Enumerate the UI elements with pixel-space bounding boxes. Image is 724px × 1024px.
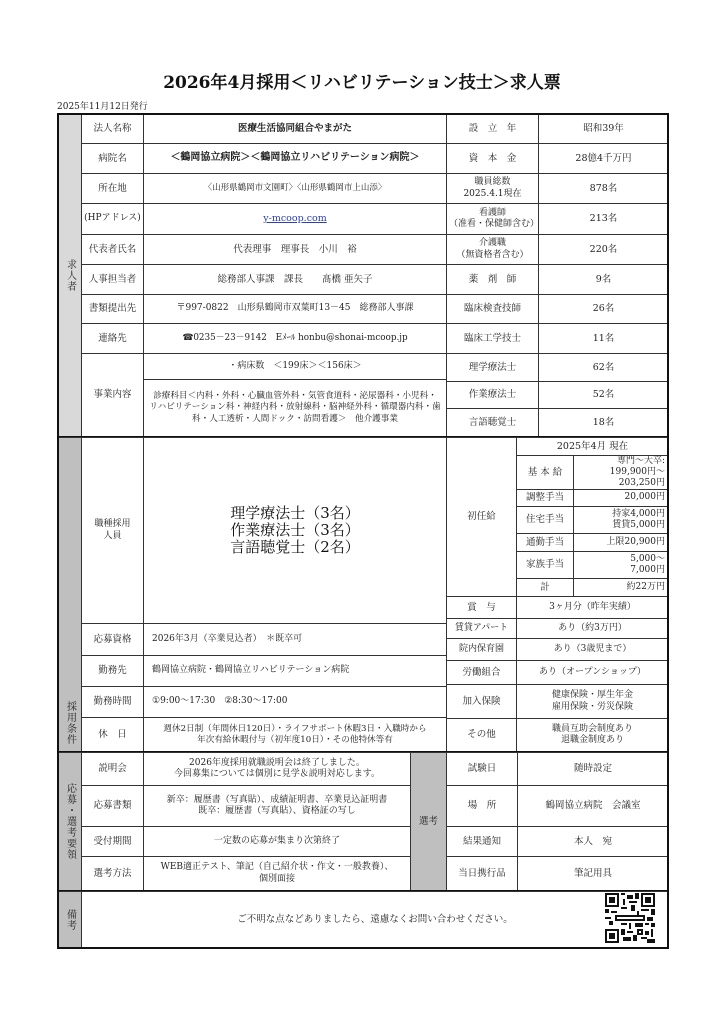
section-application-text: 応募・選考要領 bbox=[64, 783, 76, 860]
stat-value: 220名 bbox=[538, 234, 669, 265]
salary-total-value: 約22万円 bbox=[573, 578, 669, 597]
hours-label: 勤務時間 bbox=[81, 686, 144, 718]
jobs-value: 理学療法士（3名） 作業療法士（3名） 言語聴覚士（2名） bbox=[143, 437, 447, 624]
stat-value: 28億4千万円 bbox=[538, 143, 669, 174]
section-label-application: 応募・選考要領 bbox=[57, 752, 82, 891]
stat-label: 薬 剤 師 bbox=[446, 264, 539, 295]
qualification-label: 応募資格 bbox=[81, 623, 144, 656]
stat-value: 52名 bbox=[538, 381, 669, 409]
exam-date-label: 試験日 bbox=[446, 752, 518, 786]
hp-link[interactable]: y-mcoop.com bbox=[263, 213, 327, 225]
stat-label: 作業療法士 bbox=[446, 381, 539, 409]
workplace-label: 勤務先 bbox=[81, 655, 144, 687]
place-label: 場 所 bbox=[446, 785, 518, 827]
stat-label: 看護師 （准看・保健師含む） bbox=[446, 203, 539, 235]
salary-row-value: 上限20,900円 bbox=[573, 533, 669, 552]
apartment-label: 賃貸アパート bbox=[446, 618, 517, 639]
departments-value: 診療科目＜内科・外科・心臓血管外科・気管食道科・泌尿器科・小児科・リハビリテーシ… bbox=[143, 379, 447, 437]
hours-value: ①9:00～17:30 ②8:30～17:00 bbox=[143, 686, 447, 718]
documents-label: 応募書類 bbox=[81, 785, 144, 827]
salary-row-label: 通勤手当 bbox=[516, 533, 574, 552]
apartment-value: あり（約3万円） bbox=[516, 618, 669, 639]
briefing-value: 2026年度採用就職説明会は終了しました。 今回募集については個別に見学＆説明対… bbox=[143, 752, 411, 786]
stat-value: 878名 bbox=[538, 173, 669, 204]
salary-label: 初任給 bbox=[446, 437, 517, 597]
stat-label: 設 立 年 bbox=[446, 113, 539, 144]
stat-label: 介護職 （無資格者含む） bbox=[446, 234, 539, 265]
selection-label: 選考 bbox=[410, 752, 447, 891]
section-label-conditions: 採用条件 bbox=[57, 437, 82, 752]
method-label: 選考方法 bbox=[81, 856, 144, 891]
period-value: 一定数の応募が集まり次第終了 bbox=[143, 826, 411, 857]
stat-value: 62名 bbox=[538, 353, 669, 382]
stat-label: 職員総数 2025.4.1現在 bbox=[446, 173, 539, 204]
page-title: 2026年4月採用＜リハビリテーション技士＞求人票 bbox=[0, 68, 724, 93]
bonus-label: 賞 与 bbox=[446, 596, 517, 619]
bonus-value: 3ヶ月分（昨年実績） bbox=[516, 596, 669, 619]
contact-value: ☎0235－23－9142 Eﾒｰﾙ honbu@shonai-mcoop.jp bbox=[143, 323, 447, 354]
business-label: 事業内容 bbox=[81, 353, 144, 437]
stat-label: 臨床工学技士 bbox=[446, 323, 539, 354]
bring-label: 当日携行品 bbox=[446, 856, 518, 891]
salary-row-value: 20,000円 bbox=[573, 489, 669, 507]
job-label: 職種採用 人員 bbox=[81, 437, 144, 624]
method-value: WEB適正テスト、筆記（自己紹介状・作文・一般教養）、 個別面接 bbox=[143, 856, 411, 891]
documents-value: 新卒：履歴書（写真貼）、成績証明書、卒業見込証明書 既卒：履歴書（写真貼）、資格… bbox=[143, 785, 411, 827]
salary-row-label: 家族手当 bbox=[516, 551, 574, 579]
salary-row-value: 専門～大卒: 199,900円～ 203,250円 bbox=[573, 455, 669, 490]
workplace-value: 鶴岡協立病院・鶴岡協立リハビリテーション病院 bbox=[143, 655, 447, 687]
remarks-text: ご不明な点などありましたら、遠慮なくお問い合わせください。 bbox=[81, 891, 669, 949]
stat-value: 18名 bbox=[538, 408, 669, 437]
hp-label: (HPアドレス) bbox=[81, 203, 144, 235]
stat-value: 昭和39年 bbox=[538, 113, 669, 144]
nursery-label: 院内保育園 bbox=[446, 638, 517, 661]
salary-as-of: 2025年4月 現在 bbox=[516, 437, 669, 456]
corp-name-value: 医療生活協同組合やまがた bbox=[143, 113, 447, 144]
stat-label: 臨床検査技師 bbox=[446, 294, 539, 324]
submit-value: 〒997-0822 山形県鶴岡市双葉町13－45 総務部人事課 bbox=[143, 294, 447, 324]
place-value: 鶴岡協立病院 会議室 bbox=[517, 785, 669, 827]
briefing-label: 説明会 bbox=[81, 752, 144, 786]
hr-label: 人事担当者 bbox=[81, 264, 144, 295]
location-value: 〈山形県鶴岡市文園町〉〈山形県鶴岡市上山添〉 bbox=[143, 173, 447, 204]
hp-value: y-mcoop.com bbox=[143, 203, 447, 235]
contact-label: 連絡先 bbox=[81, 323, 144, 354]
location-label: 所在地 bbox=[81, 173, 144, 204]
stat-label: 資 本 金 bbox=[446, 143, 539, 174]
insurance-value: 健康保険・厚生年金 雇用保険・労災保険 bbox=[516, 684, 669, 719]
insurance-label: 加入保険 bbox=[446, 684, 517, 719]
bring-value: 筆記用具 bbox=[517, 856, 669, 891]
stat-label: 言語聴覚士 bbox=[446, 408, 539, 437]
section-label-employer: 求人者 bbox=[57, 113, 82, 437]
salary-row-label: 住宅手当 bbox=[516, 506, 574, 534]
section-employer-text: 求人者 bbox=[64, 259, 76, 292]
salary-row-label: 調整手当 bbox=[516, 489, 574, 507]
stat-value: 26名 bbox=[538, 294, 669, 324]
stat-label: 理学療法士 bbox=[446, 353, 539, 382]
notice-value: 本人 宛 bbox=[517, 826, 669, 857]
salary-row-value: 5,000～ 7,000円 bbox=[573, 551, 669, 579]
section-conditions-text: 採用条件 bbox=[64, 701, 76, 745]
submit-label: 書類提出先 bbox=[81, 294, 144, 324]
hospital-value: ＜鶴岡協立病院＞＜鶴岡協立リハビリテーション病院＞ bbox=[143, 143, 447, 174]
holidays-value: 週休2日制（年間休日120日）・ライフサポート休暇3日・入職時から 年次有給休暇… bbox=[143, 717, 447, 752]
nursery-value: あり（3歳児まで） bbox=[516, 638, 669, 661]
salary-row-label: 計 bbox=[516, 578, 574, 597]
stat-value: 11名 bbox=[538, 323, 669, 354]
hr-value: 総務部人事課 課長 髙橋 亜矢子 bbox=[143, 264, 447, 295]
rep-value: 代表理事 理事長 小川 裕 bbox=[143, 234, 447, 265]
holidays-label: 休 日 bbox=[81, 717, 144, 752]
stat-value: 9名 bbox=[538, 264, 669, 295]
qr-code-icon[interactable] bbox=[605, 893, 655, 943]
union-value: あり（オープンショップ） bbox=[516, 660, 669, 685]
corp-name-label: 法人名称 bbox=[81, 113, 144, 144]
rep-label: 代表者氏名 bbox=[81, 234, 144, 265]
period-label: 受付期間 bbox=[81, 826, 144, 857]
qualification-value: 2026年3月（卒業見込者） ＊既卒可 bbox=[143, 623, 447, 656]
union-label: 労働組合 bbox=[446, 660, 517, 685]
salary-row-value: 持家4,000円 賃貸5,000円 bbox=[573, 506, 669, 534]
notice-label: 結果通知 bbox=[446, 826, 518, 857]
section-remarks-text: 備考 bbox=[64, 909, 76, 931]
section-label-remarks: 備考 bbox=[57, 891, 82, 949]
beds-value: ・病床数 ＜199床＞＜156床＞ bbox=[143, 353, 447, 380]
hospital-label: 病院名 bbox=[81, 143, 144, 174]
other-value: 職員互助会制度あり 退職金制度あり bbox=[516, 718, 669, 752]
exam-date-value: 随時設定 bbox=[517, 752, 669, 786]
salary-row-label: 基 本 給 bbox=[516, 455, 574, 490]
stat-value: 213名 bbox=[538, 203, 669, 235]
other-label: その他 bbox=[446, 718, 517, 752]
issue-date: 2025年11月12日発行 bbox=[57, 99, 148, 112]
